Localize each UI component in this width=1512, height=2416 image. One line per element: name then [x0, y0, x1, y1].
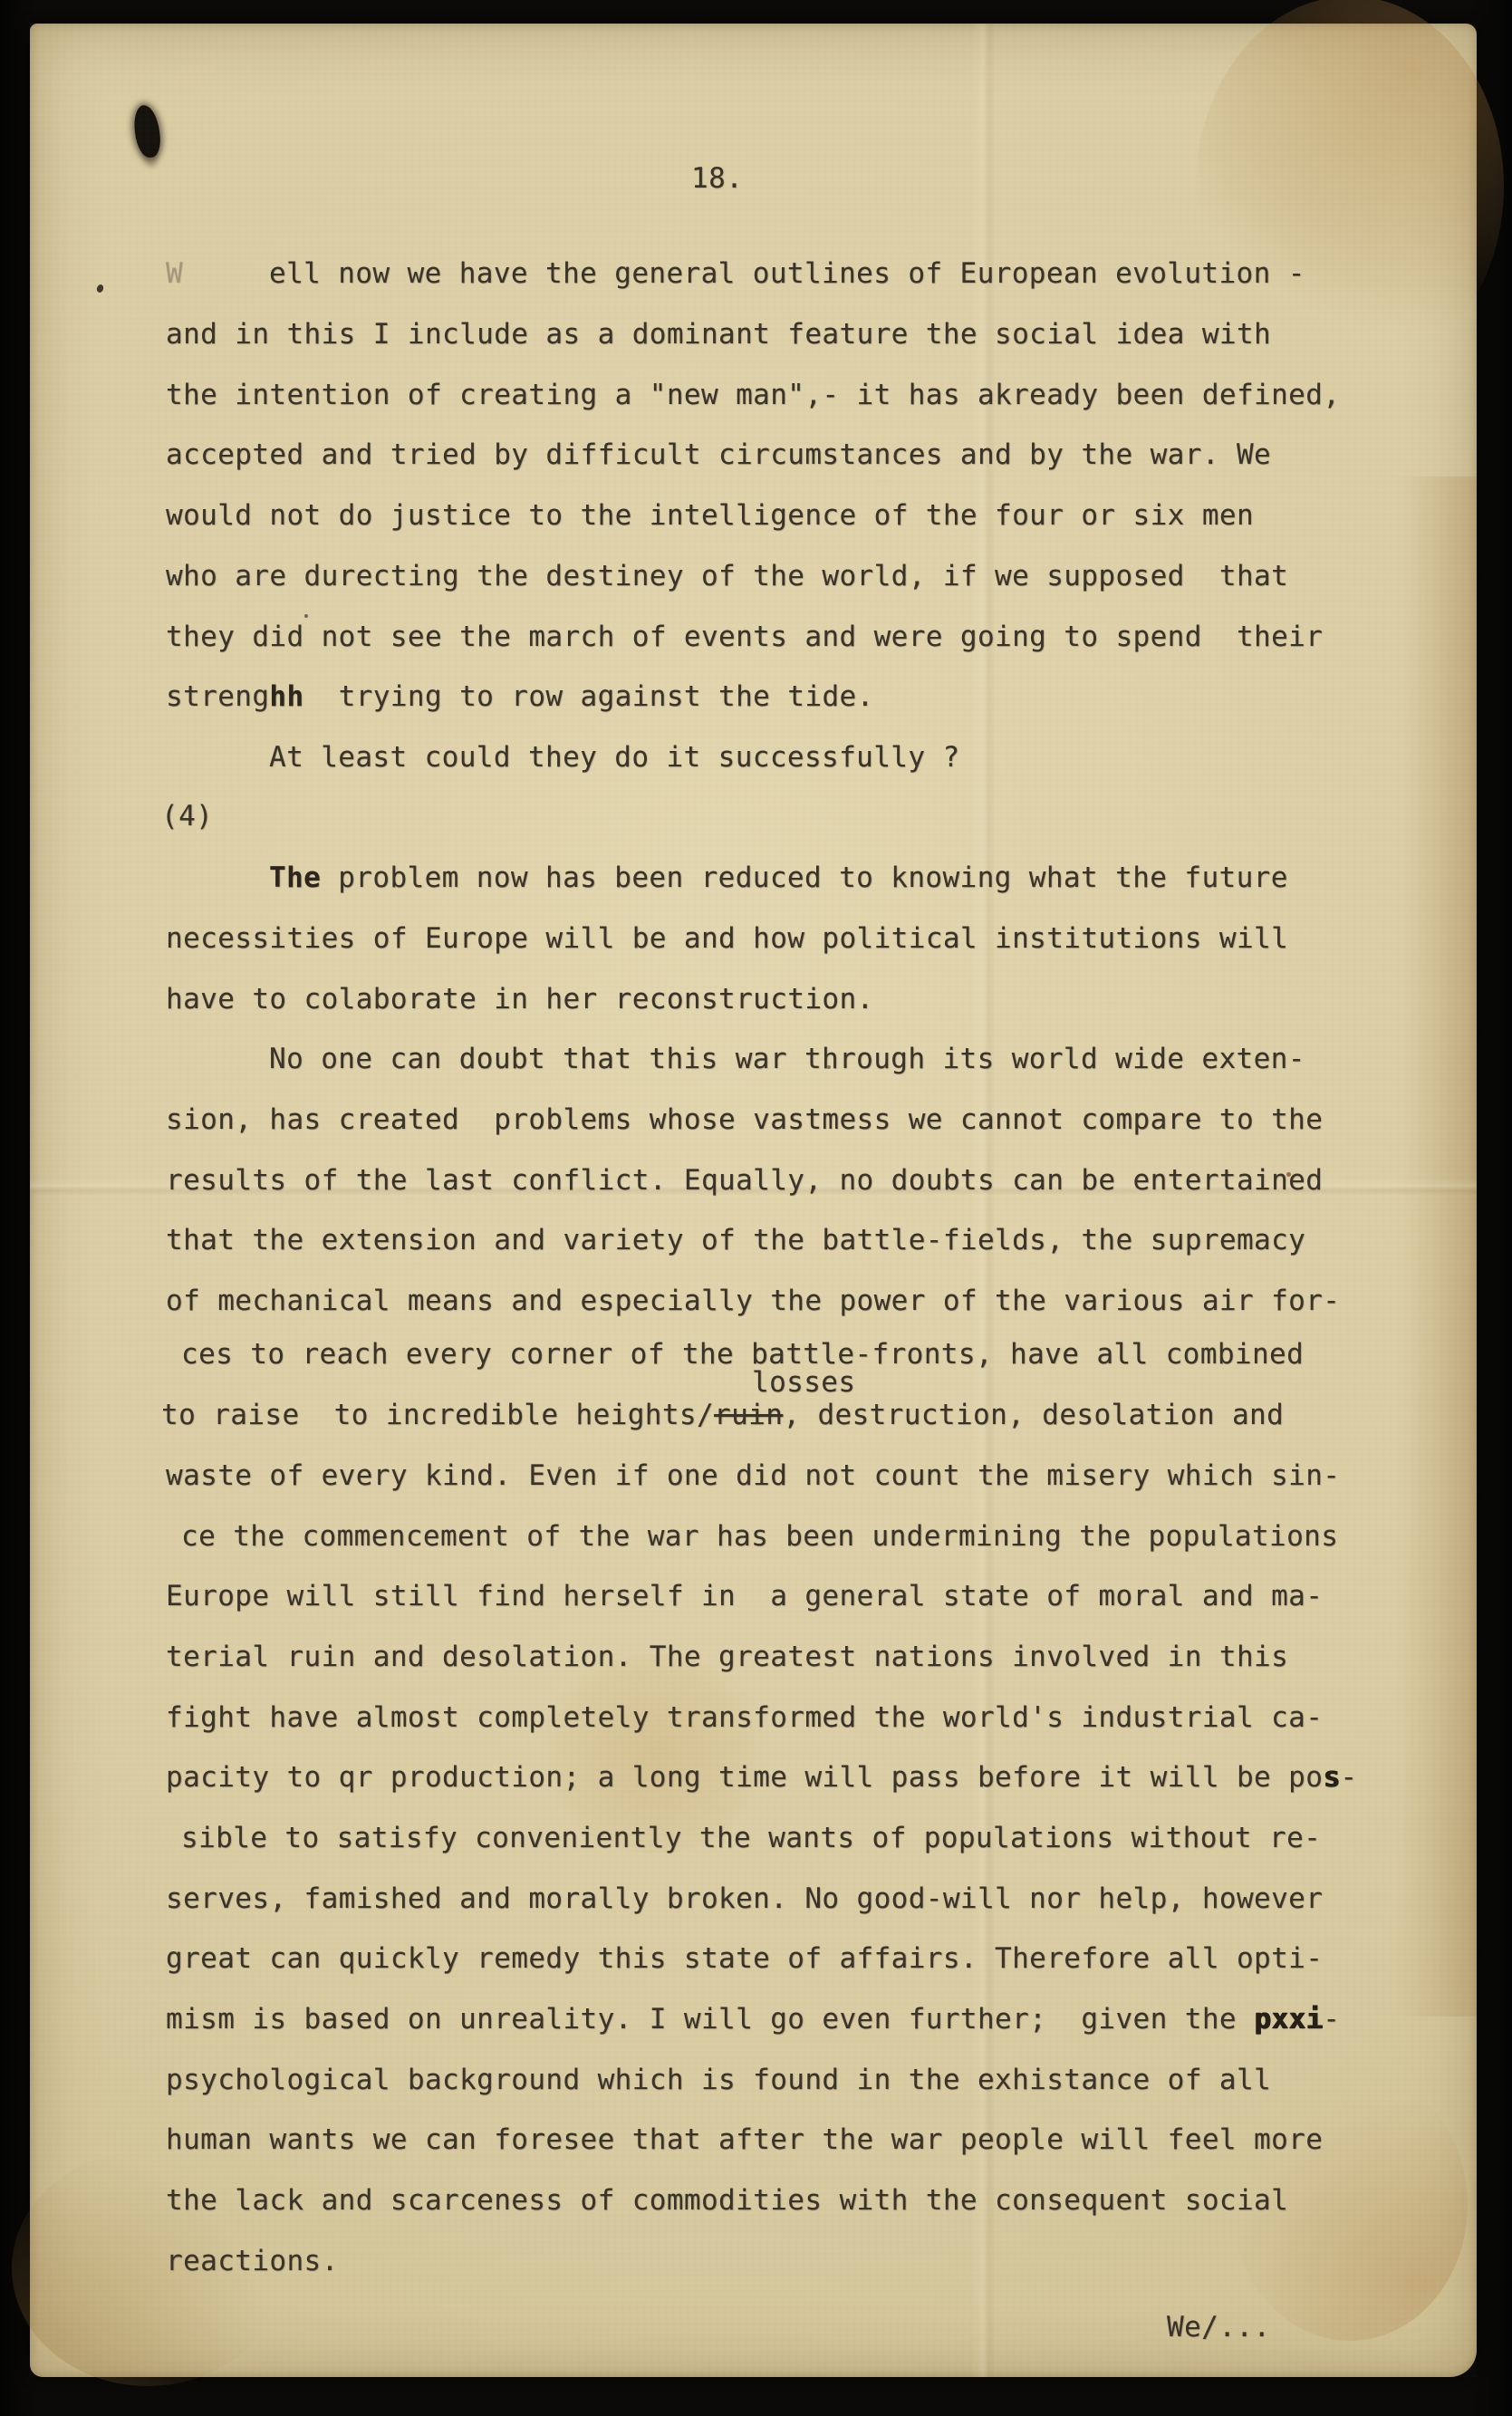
text-line: ces to reach every corner of the battle-… — [181, 1339, 1304, 1372]
text-line: mism is based on unreality. I will go ev… — [166, 2004, 1340, 2036]
text-line: human wants we can foresee that after th… — [166, 2124, 1323, 2157]
text-line: ce the commencement of the war has been … — [181, 1521, 1338, 1554]
text-line: sible to satisfy conveniently the wants … — [181, 1823, 1321, 1855]
scanned-page: 18. Well now we have the general outline… — [0, 0, 1512, 2416]
text-line: accepted and tried by difficult circumst… — [166, 439, 1271, 472]
catchword: We/... — [1167, 2312, 1270, 2344]
text-line: serves, famished and morally broken. No … — [166, 1883, 1323, 1916]
text-line: they did not see the march of events and… — [166, 621, 1323, 654]
text-line: the lack and scarceness of commodities w… — [166, 2185, 1288, 2218]
text-line: No one can doubt that this war through i… — [269, 1044, 1305, 1076]
text-line: The problem now has been reduced to know… — [269, 862, 1288, 895]
text-line: have to colaborate in her reconstruction… — [166, 984, 874, 1016]
text-line: strenghh trying to row against the tide. — [166, 681, 874, 714]
text-line: terial ruin and desolation. The greatest… — [166, 1641, 1288, 1674]
text-line: results of the last conflict. Equally, n… — [166, 1165, 1323, 1198]
text-line: ell now we have the general outlines of … — [269, 258, 1305, 291]
text-line: At least could they do it successfully ? — [269, 742, 960, 775]
text-line: sion, has created problems whose vastmes… — [166, 1104, 1323, 1137]
text-line: and in this I include as a dominant feat… — [166, 319, 1271, 351]
text-line: who are durecting the destiney of the wo… — [166, 561, 1288, 593]
text-line: waste of every kind. Even if one did not… — [166, 1460, 1340, 1493]
text-line: would not do justice to the intelligence… — [166, 500, 1254, 533]
interlinear-insertion: losses — [752, 1367, 855, 1400]
text-line: that the extension and variety of the ba… — [166, 1225, 1305, 1257]
text-line: of mechanical means and especially the p… — [166, 1285, 1340, 1318]
text-line: reactions. — [166, 2246, 339, 2278]
text-line: pacity to qr production; a long time wil… — [166, 1762, 1357, 1795]
text-line: the intention of creating a "new man",- … — [166, 380, 1340, 412]
faint-initial: W — [166, 258, 183, 291]
document-text: 18. Well now we have the general outline… — [0, 0, 1512, 2416]
text-line: psychological background which is found … — [166, 2065, 1271, 2097]
text-line: Europe will still find herself in a gene… — [166, 1581, 1323, 1613]
page-number: 18. — [691, 163, 743, 196]
text-line: necessities of Europe will be and how po… — [166, 923, 1288, 956]
text-line: fight have almost completely transformed… — [166, 1702, 1323, 1735]
text-line: to raise to incredible heights/ruin, des… — [161, 1400, 1284, 1432]
text-line: (4) — [161, 801, 213, 833]
text-line: great can quickly remedy this state of a… — [166, 1943, 1323, 1976]
